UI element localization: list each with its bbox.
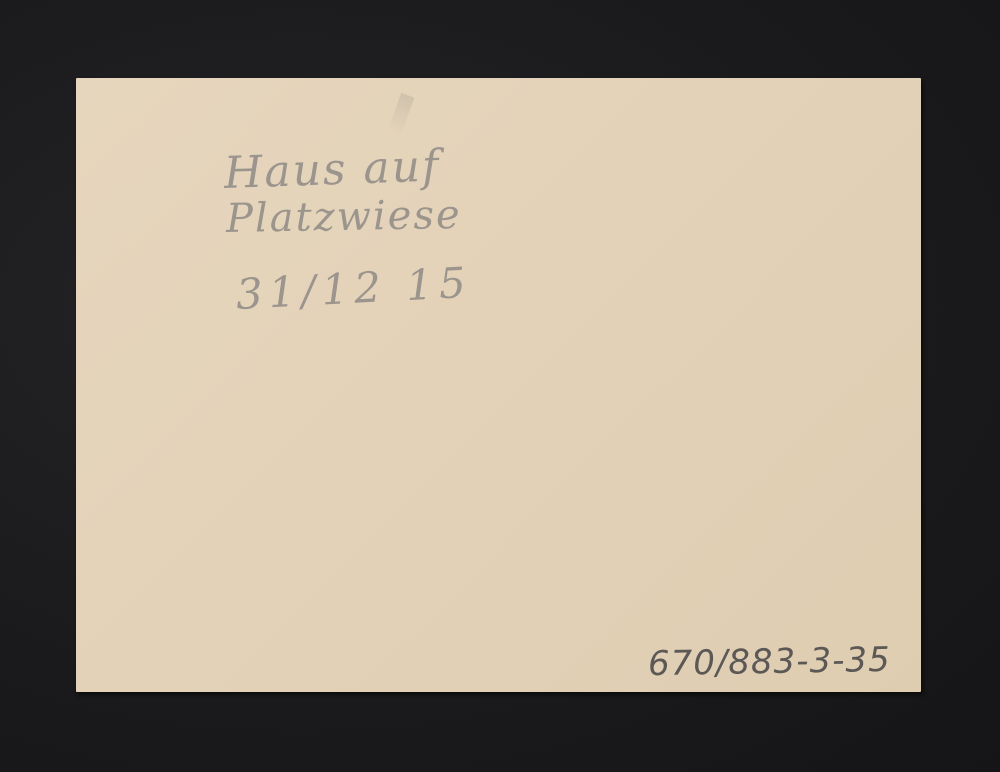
- handwritten-caption-line-2: Platzwiese: [226, 192, 462, 242]
- handwritten-caption-line-1: Haus auf: [223, 140, 441, 199]
- photo-card-reverse: Haus auf Platzwiese 31/12 15 670/883-3-3…: [76, 78, 921, 692]
- catalog-number: 670/883-3-35: [648, 640, 891, 684]
- pencil-smudge: [388, 93, 415, 135]
- handwritten-date: 31/12 15: [235, 258, 473, 319]
